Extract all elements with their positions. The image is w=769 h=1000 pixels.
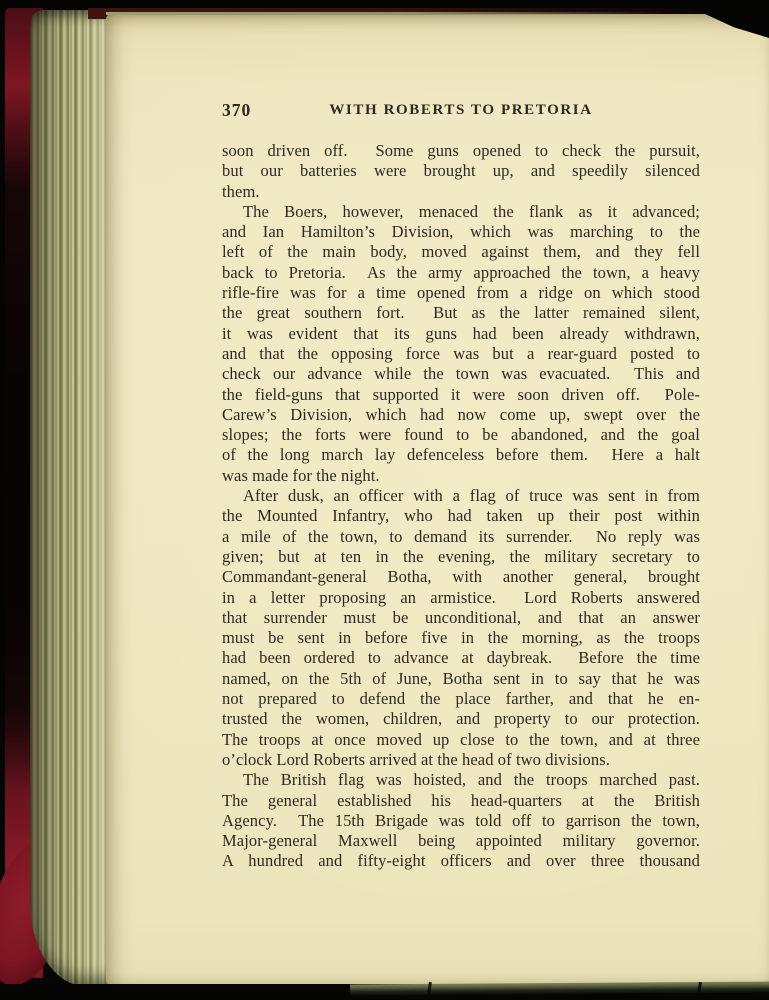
text-line: given; but at ten in the evening, the mi… xyxy=(222,547,700,567)
text-line: A hundred and fifty-eight officers and o… xyxy=(222,851,700,871)
text-line: The Boers, however, menaced the flank as… xyxy=(222,202,700,222)
text-line: them. xyxy=(222,182,700,202)
text-line: named, on the 5th of June, Botha sent in… xyxy=(222,669,700,689)
text-line: the great southern fort. But as the latt… xyxy=(222,303,700,323)
text-line: it was evident that its guns had been al… xyxy=(222,324,700,344)
text-line: in a letter proposing an armistice. Lord… xyxy=(222,588,700,608)
text-line: that surrender must be unconditional, an… xyxy=(222,608,700,628)
page-top-edge-line xyxy=(106,12,662,15)
text-line: and that the opposing force was but a re… xyxy=(222,344,700,364)
text-line: Agency. The 15th Brigade was told off to… xyxy=(222,811,700,831)
text-line: rifle-fire was for a time opened from a … xyxy=(222,283,700,303)
text-line: and Ian Hamilton’s Division, which was m… xyxy=(222,222,700,242)
book-photo-scene: 370 WITH ROBERTS TO PRETORIA soon driven… xyxy=(0,0,769,1000)
text-line: The troops at once moved up close to the… xyxy=(222,730,700,750)
running-title: WITH ROBERTS TO PRETORIA xyxy=(222,102,700,119)
text-line: soon driven off. Some guns opened to che… xyxy=(222,141,700,161)
text-line: Commandant-general Botha, with another g… xyxy=(222,567,700,587)
text-line: had been ordered to advance at daybreak.… xyxy=(222,648,700,668)
text-line: The British flag was hoisted, and the tr… xyxy=(222,770,700,790)
text-line: not prepared to defend the place farther… xyxy=(222,689,700,709)
text-line: left of the main body, moved against the… xyxy=(222,242,700,262)
text-line: trusted the women, children, and propert… xyxy=(222,709,700,729)
text-line: back to Pretoria. As the army approached… xyxy=(222,263,700,283)
photo-top-shadow xyxy=(0,0,769,8)
text-line: slopes; the forts were found to be aband… xyxy=(222,425,700,445)
text-line: After dusk, an officer with a flag of tr… xyxy=(222,486,700,506)
text-line: the field-guns that supported it were so… xyxy=(222,385,700,405)
text-line: The general established his head-quarter… xyxy=(222,791,700,811)
text-line: o’clock Lord Roberts arrived at the head… xyxy=(222,750,700,770)
text-line: was made for the night. xyxy=(222,466,700,486)
text-line: a mile of the town, to demand its surren… xyxy=(222,527,700,547)
book-page: 370 WITH ROBERTS TO PRETORIA soon driven… xyxy=(106,14,769,986)
text-line: of the long march lay defenceless before… xyxy=(222,445,700,465)
text-line: but our batteries were brought up, and s… xyxy=(222,161,700,181)
text-line: Carew’s Division, which had now come up,… xyxy=(222,405,700,425)
page-edge-stack xyxy=(30,10,114,986)
text-line: must be sent in before five in the morni… xyxy=(222,628,700,648)
text-body: soon driven off. Some guns opened to che… xyxy=(222,141,700,872)
text-line: check our advance while the town was eva… xyxy=(222,364,700,384)
text-line: the Mounted Infantry, who had taken up t… xyxy=(222,506,700,526)
text-line: Major-general Maxwell being appointed mi… xyxy=(222,831,700,851)
